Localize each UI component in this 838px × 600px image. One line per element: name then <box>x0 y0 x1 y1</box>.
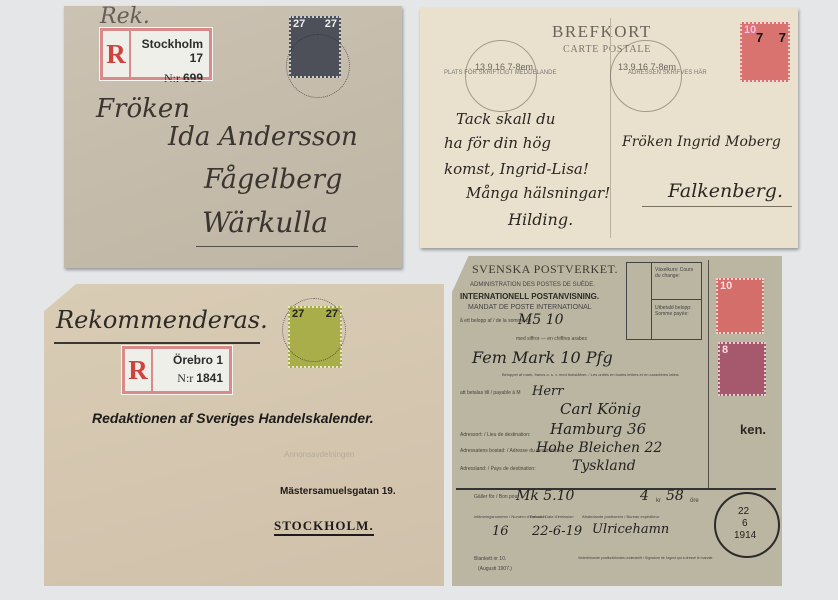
rate-box-bottom-label: Utbetald belopp: Somme payée: <box>655 305 695 317</box>
registration-number: 1841 <box>196 371 223 385</box>
amount-words-caption: med siffror — en chiffres arabes <box>516 336 587 342</box>
office-label: Afsändande postkontor / Bureau expéditeu… <box>582 514 659 519</box>
registration-number-prefix: N:r <box>177 371 193 385</box>
postmark-circle <box>282 298 346 362</box>
postage-stamp-8: 8 <box>718 342 766 396</box>
street-value: Hohe Bleichen 22 <box>536 440 662 456</box>
underline <box>196 246 358 247</box>
stamp-value: 10 <box>720 280 732 292</box>
exchange-postmark: 22 6 1914 <box>714 492 780 558</box>
registration-letter: R <box>125 349 153 391</box>
divider <box>610 18 611 238</box>
message-line: Många hälsningar! <box>466 184 610 202</box>
date-label: Datum / Date d'émission <box>530 514 573 519</box>
form-date: (Augusti 1907.) <box>478 566 512 572</box>
postmark-circle <box>286 34 350 98</box>
registration-office: Örebro 1 <box>159 353 223 367</box>
address-line: Falkenberg. <box>668 180 783 202</box>
postage-stamp: 10 7 7 <box>740 22 790 82</box>
header-mandat: MANDAT DE POSTE INTERNATIONAL <box>468 304 592 311</box>
destination-label: Adressort: / Lieu de destination: <box>460 432 530 438</box>
postmark-day: 22 <box>738 506 749 517</box>
handwriting-line3: Fågelberg <box>204 164 342 195</box>
address-rule <box>642 206 792 207</box>
street-address: Mästersamuelsgatan 19. <box>280 486 396 497</box>
exchange-rate-box: Växelkurs: Cours du change: Utbetald bel… <box>626 262 702 340</box>
registration-number-prefix: N:r <box>164 71 180 85</box>
machine-postmark-left <box>465 40 537 112</box>
registered-envelope-orebro: Rekommenderas. R Örebro 1 N:r 1841 27 27… <box>44 284 444 586</box>
rate-box-top-label: Växelkurs: Cours du change: <box>655 267 695 279</box>
machine-postmark-right <box>610 40 682 112</box>
stamp-value: 27 <box>293 18 305 30</box>
issue-date: 22-6-19 <box>532 524 582 539</box>
address-line: Fröken Ingrid Moberg <box>622 134 781 150</box>
faint-imprint: Annonsavdelningen <box>284 450 354 459</box>
handwriting-line4: Wärkulla <box>202 206 328 239</box>
postmark-year: 1914 <box>734 530 756 541</box>
header-administration: ADMINISTRATION DES POSTES DE SUÈDE. <box>470 282 595 288</box>
stamp-value: 8 <box>722 344 728 356</box>
city: STOCKHOLM. <box>274 518 374 536</box>
registration-number: 699 <box>183 71 203 85</box>
message-line: ha för din hög <box>444 134 551 152</box>
postmark-date: 13.9.16 7-8em <box>618 62 676 72</box>
ore-label: öre <box>690 498 699 504</box>
converted-ore: 58 <box>666 488 684 504</box>
message-line: Hilding. <box>508 210 573 229</box>
postage-stamp-10: 10 <box>716 278 764 334</box>
valid-for-label: Gäller för / Bon pour <box>474 494 519 500</box>
form-number: Blankett nr 10. <box>474 556 506 562</box>
postmark-date: 13.9.16 7-8em <box>475 62 533 72</box>
header-svenska-postverket: SVENSKA POSTVERKET. <box>472 262 618 277</box>
amount-value: M5 10 <box>518 312 564 328</box>
side-text: ken. <box>740 422 766 437</box>
amount-in-words: Fem Mark 10 Pfg <box>472 348 613 367</box>
underline <box>54 342 260 344</box>
registered-envelope-stockholm: Rek. R Stockholm 17 N:r 699 27 27 Fröken… <box>64 6 402 268</box>
postcard-title: BREFKORT <box>552 22 652 42</box>
handwriting-rekommenderas: Rekommenderas. <box>56 306 268 334</box>
message-line: Tack skall du <box>456 110 555 128</box>
addressee: Redaktionen af Sveriges Handelskalender. <box>92 410 374 426</box>
valid-for-value: Mk 5.10 <box>516 488 574 504</box>
words-caption: Beloppet af mark, francs o. s. v. med bo… <box>502 372 679 377</box>
issuing-office: Ulricehamn <box>592 522 669 537</box>
vertical-divider <box>708 260 709 490</box>
destination-city: Hamburg 36 <box>550 420 646 438</box>
header-internationell: INTERNATIONELL POSTANVISNING. <box>460 292 599 301</box>
brefkort-postcard: BREFKORT CARTE POSTALE PLATS FÖR SKRIFTL… <box>420 8 798 248</box>
kr-label: kr <box>656 498 661 504</box>
registration-label: R Örebro 1 N:r 1841 <box>122 346 232 394</box>
stamp-overprint: 7 <box>756 30 763 45</box>
handwriting-line2: Ida Andersson <box>168 122 358 152</box>
international-money-order: SVENSKA POSTVERKET. ADMINISTRATION DES P… <box>452 256 782 586</box>
stamp-value: 27 <box>325 18 337 30</box>
stamp-value: 10 <box>744 24 756 36</box>
message-line: komst, Ingrid-Lisa! <box>444 160 589 178</box>
signature-caption: Vederbörande postfunktionärs underskrift… <box>578 556 712 560</box>
postmark-month: 6 <box>742 518 748 529</box>
converted-kr: 4 <box>640 488 649 504</box>
registration-letter: R <box>103 31 131 77</box>
registration-label: R Stockholm 17 N:r 699 <box>100 28 212 80</box>
pay-to-value: Herr <box>532 384 563 399</box>
payee-name: Carl König <box>560 400 641 418</box>
section-divider <box>456 488 776 490</box>
pay-to-label: att betalas till / payable à M <box>460 390 521 396</box>
country-value: Tyskland <box>572 458 636 474</box>
handwriting-rek: Rek. <box>100 4 150 29</box>
registration-office: Stockholm 17 <box>137 37 203 65</box>
country-label: Adressland: / Pays de destination: <box>460 466 536 472</box>
handwriting-line1: Fröken <box>96 94 190 124</box>
issue-number: 16 <box>492 524 509 539</box>
stamp-overprint: 7 <box>779 30 786 45</box>
